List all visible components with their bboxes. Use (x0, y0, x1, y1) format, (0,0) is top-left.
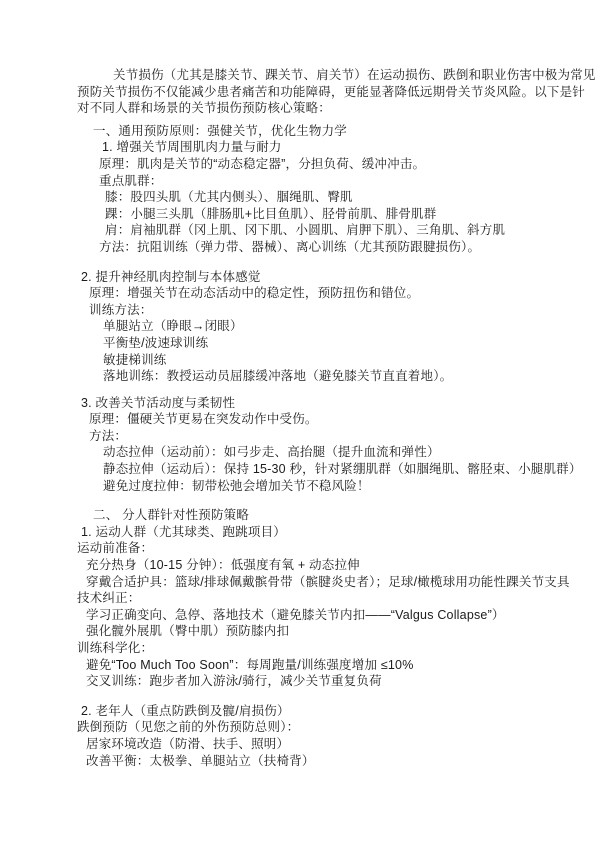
list-item: 动态拉伸（运动前）：如弓步走、高抬腿（提升血流和弹性） (103, 444, 545, 461)
list-item: 避免“Too Much Too Soon”：每周跑量/训练强度增加 ≤10% (86, 657, 545, 674)
list-item: 充分热身（10-15 分钟）：低强度有氧 + 动态拉伸 (86, 557, 545, 574)
intro-line: 预防关节损伤不仅能减少患者痛苦和功能障碍，更能显著降低远期骨关节炎风险。以下是针 (77, 84, 545, 101)
intro-line: 对不同人群和场景的关节损伤预防核心策略： (77, 100, 545, 117)
section-1-item-3-methods-label: 方法： (89, 428, 545, 445)
athletes-prep-label: 运动前准备： (77, 540, 545, 557)
section-1-item-1-title: 1. 增强关节周围肌肉力量与耐力 (102, 139, 545, 156)
list-item-ankle: 踝：小腿三头肌（腓肠肌+比目鱼肌）、胫骨前肌、腓骨肌群 (105, 206, 545, 223)
list-item: 敏捷梯训练 (103, 352, 545, 369)
section-1-item-2-principle: 原理：增强关节在动态活动中的稳定性，预防扭伤和错位。 (89, 285, 545, 302)
list-item: 学习正确变向、急停、落地技术（避免膝关节内扣——“Valgus Collapse… (86, 607, 545, 624)
section-1-item-1-focus-label: 重点肌群： (99, 173, 545, 190)
list-item: 改善平衡：太极拳、单腿站立（扶椅背） (86, 753, 545, 770)
list-item: 落地训练：教授运动员屈膝缓冲落地（避免膝关节直直着地）。 (103, 368, 545, 385)
intro-line: 关节损伤（尤其是膝关节、踝关节、肩关节）在运动损伤、跌倒和职业伤害中极为常见。 (113, 67, 545, 84)
list-item: 静态拉伸（运动后）：保持 15-30 秒，针对紧绷肌群（如腘绳肌、髂胫束、小腿肌… (103, 461, 545, 478)
section-1-item-3-title: 3. 改善关节活动度与柔韧性 (81, 395, 545, 412)
section-1-item-1-principle: 原理：肌肉是关节的“动态稳定器”，分担负荷、缓冲冲击。 (99, 156, 545, 173)
section-2-elderly-title: 2. 老年人（重点防跌倒及髋/肩损伤） (81, 703, 545, 720)
list-item: 强化髋外展肌（臀中肌）预防膝内扣 (86, 623, 545, 640)
section-2-athletes-title: 1. 运动人群（尤其球类、跑跳项目） (81, 524, 545, 541)
section-1-item-1-method: 方法：抗阻训练（弹力带、器械）、离心训练（尤其预防跟腱损伤）。 (99, 239, 545, 256)
list-item: 穿戴合适护具：篮球/排球佩戴髌骨带（髌腱炎史者）；足球/橄榄球用功能性踝关节支具 (86, 574, 545, 591)
section-1-item-2-title: 2. 提升神经肌肉控制与本体感觉 (81, 269, 545, 286)
document-page: 关节损伤（尤其是膝关节、踝关节、肩关节）在运动损伤、跌倒和职业伤害中极为常见。 … (0, 0, 595, 841)
athletes-training-label: 训练科学化： (77, 640, 545, 657)
list-item-knee: 膝：股四头肌（尤其内侧头）、腘绳肌、臀肌 (105, 189, 545, 206)
elderly-fall-label: 跌倒预防（见您之前的外伤预防总则）： (77, 719, 545, 736)
section-1-item-2-methods-label: 训练方法： (89, 302, 545, 319)
list-item: 交叉训练：跑步者加入游泳/骑行，减少关节重复负荷 (86, 673, 545, 690)
list-item: 避免过度拉伸：韧带松弛会增加关节不稳风险！ (103, 478, 545, 495)
list-item: 平衡垫/波速球训练 (103, 335, 545, 352)
list-item-shoulder: 肩：肩袖肌群（冈上肌、冈下肌、小圆肌、肩胛下肌）、三角肌、斜方肌 (105, 222, 545, 239)
section-1-item-3-principle: 原理：僵硬关节更易在突发动作中受伤。 (89, 411, 545, 428)
athletes-tech-label: 技术纠正： (77, 590, 545, 607)
section-2-heading: 二、 分人群针对性预防策略 (93, 507, 545, 524)
list-item: 居家环境改造（防滑、扶手、照明） (86, 736, 545, 753)
section-1-heading: 一、通用预防原则：强健关节，优化生物力学 (93, 123, 545, 140)
list-item: 单腿站立（睁眼→闭眼） (103, 318, 545, 335)
